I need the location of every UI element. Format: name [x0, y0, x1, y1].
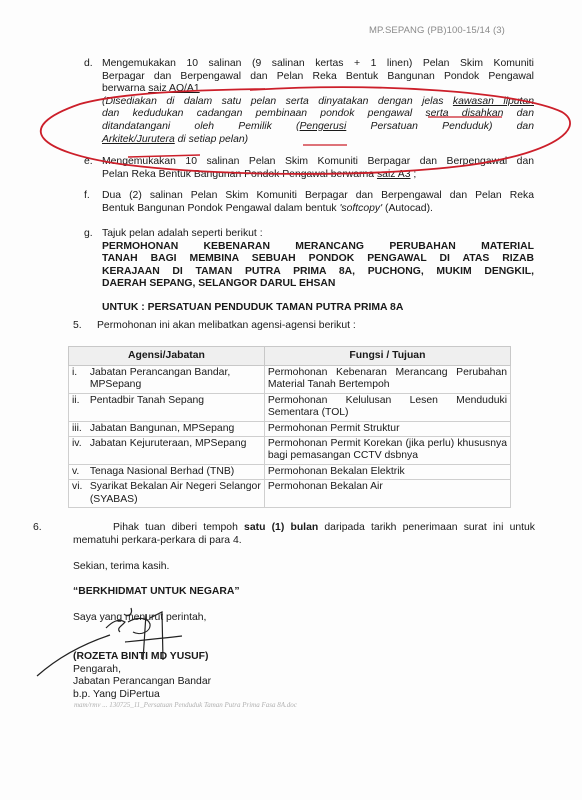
agency-cell: Jabatan Kejuruteraan, MPSepang — [87, 437, 265, 465]
row-number: v. — [69, 464, 87, 479]
table-row: i.Jabatan Perancangan Bandar, MPSepangPe… — [69, 366, 511, 394]
header-agency: Agensi/Jabatan — [69, 347, 265, 366]
signatory-department: Jabatan Perancangan Bandar — [73, 676, 211, 689]
agency-cell: Jabatan Bangunan, MPSepang — [87, 421, 265, 436]
file-footer: mam/rmv ... 130725_11_Persatuan Penduduk… — [74, 701, 297, 709]
item-label: d. — [84, 58, 93, 71]
table-row: iv.Jabatan Kejuruteraan, MPSepangPermoho… — [69, 437, 511, 465]
row-number: vi. — [69, 480, 87, 508]
item-f: f. Dua (2) salinan Pelan Skim Komuniti B… — [84, 190, 534, 220]
signatory-name: (ROZETA BINTI MD YUSUF) — [73, 651, 211, 664]
agency-cell: Jabatan Perancangan Bandar, MPSepang — [87, 366, 265, 394]
table-row: iii.Jabatan Bangunan, MPSepangPermohonan… — [69, 421, 511, 436]
plan-for: UNTUK : PERSATUAN PENDUDUK TAMAN PUTRA P… — [102, 302, 534, 315]
function-cell: Permohonan Bekalan Air — [264, 480, 510, 508]
signatory-title: Pengarah, — [73, 664, 211, 677]
order-line: Saya yang menurut perintah, — [73, 612, 206, 625]
header-function: Fungsi / Tujuan — [264, 347, 510, 366]
plan-title: PERMOHONAN KEBENARAN MERANCANG PERUBAHAN… — [102, 241, 534, 291]
row-number: iv. — [69, 437, 87, 465]
table-row: v.Tenaga Nasional Berhad (TNB)Permohonan… — [69, 464, 511, 479]
document-page: MP.SEPANG (PB)100-15/14 (3) d. Mengemuka… — [0, 0, 582, 800]
signatory-block: (ROZETA BINTI MD YUSUF) Pengarah, Jabata… — [73, 651, 211, 701]
row-number: ii. — [69, 393, 87, 421]
function-cell: Permohonan Permit Korekan (jika perlu) k… — [264, 437, 510, 465]
function-cell: Permohonan Kelulusan Lesen Menduduki Sem… — [264, 393, 510, 421]
item-body: Mengemukakan 10 salinan (9 salinan kerta… — [102, 58, 534, 146]
agency-cell: Syarikat Bekalan Air Negeri Selangor (SY… — [87, 480, 265, 508]
agency-cell: Tenaga Nasional Berhad (TNB) — [87, 464, 265, 479]
function-cell: Permohonan Kebenaran Merancang Perubahan… — [264, 366, 510, 394]
row-number: i. — [69, 366, 87, 394]
function-cell: Permohonan Bekalan Elektrik — [264, 464, 510, 479]
item-e: e. Mengemukakan 10 salinan Pelan Skim Ko… — [84, 156, 534, 186]
reference-number: MP.SEPANG (PB)100-15/14 (3) — [369, 25, 505, 36]
item-g: g. Tajuk pelan adalah seperti berikut : … — [84, 228, 534, 318]
signatory-on-behalf: b.p. Yang DiPertua — [73, 689, 211, 702]
agency-table: Agensi/Jabatan Fungsi / Tujuan i.Jabatan… — [68, 346, 511, 508]
table-row: vi.Syarikat Bekalan Air Negeri Selangor … — [69, 480, 511, 508]
item-d-note: (Disediakan di dalam satu pelan serta di… — [102, 96, 534, 146]
function-cell: Permohonan Permit Struktur — [264, 421, 510, 436]
row-number: iii. — [69, 421, 87, 436]
agency-cell: Pentadbir Tanah Sepang — [87, 393, 265, 421]
motto: “BERKHIDMAT UNTUK NEGARA” — [73, 586, 240, 599]
closing-text: Sekian, terima kasih. — [73, 561, 169, 574]
table-row: ii.Pentadbir Tanah SepangPermohonan Kelu… — [69, 393, 511, 421]
